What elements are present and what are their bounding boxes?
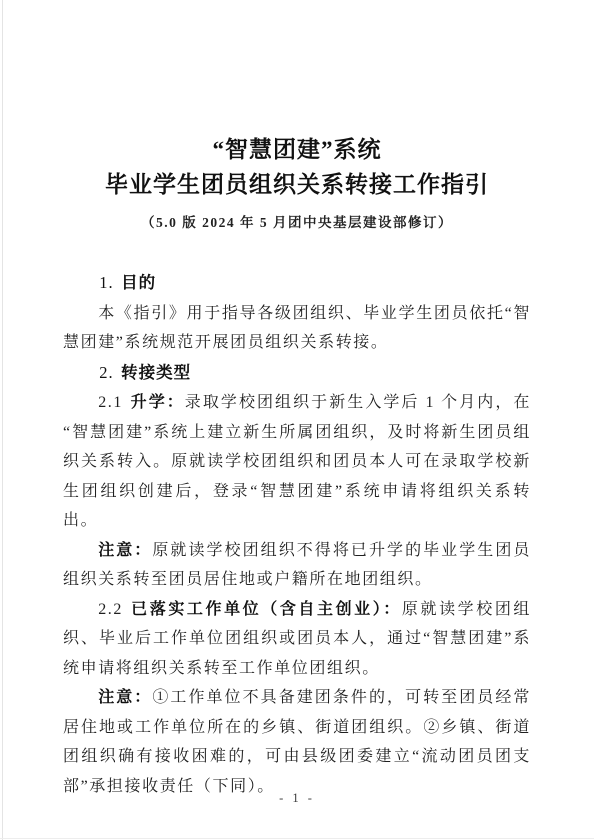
note-label: 注意： (98, 542, 152, 559)
document-body: 1.目的 本《指引》用于指导各级团组织、毕业学生团员依托“智慧团建”系统规范开展… (63, 268, 531, 801)
paragraph-text: 本《指引》用于指导各级团组织、毕业学生团员依托“智慧团建”系统规范开展团员组织关… (63, 305, 531, 352)
version-line: （5.0 版 2024 年 5 月团中央基层建设部修订） (63, 212, 531, 233)
clause-number: 2.2 (98, 601, 123, 618)
paragraph-text: 录取学校团组织于新生入学后 1 个月内，在“智慧团建”系统上建立新生所属团组织，… (63, 394, 531, 529)
paragraph-2-1-enrollment: 2.1升学：录取学校团组织于新生入学后 1 个月内，在“智慧团建”系统上建立新生… (63, 388, 531, 536)
paragraph-note-1: 注意：原就读学校团组织不得将已升学的毕业学生团员组织关系转至团员居住地或户籍所在… (63, 536, 531, 595)
document-title-line-2: 毕业学生团员组织关系转接工作指引 (63, 167, 531, 202)
section-label: 目的 (121, 274, 156, 292)
section-heading-transfer-types: 2.转接类型 (63, 358, 531, 389)
section-heading-purpose: 1.目的 (63, 268, 531, 299)
paragraph-2-2-employment: 2.2已落实工作单位（含自主创业）：原就读学校团组织、毕业后工作单位团组织或团员… (63, 595, 531, 684)
clause-number: 2.1 (98, 394, 123, 411)
paragraph-purpose: 本《指引》用于指导各级团组织、毕业学生团员依托“智慧团建”系统规范开展团员组织关… (63, 299, 531, 358)
document-header: “智慧团建”系统 毕业学生团员组织关系转接工作指引 （5.0 版 2024 年 … (63, 132, 531, 233)
clause-term: 已落实工作单位（含自主创业）： (130, 601, 402, 618)
note-label: 注意： (98, 689, 152, 706)
paragraph-note-2: 注意：①工作单位不具备建团条件的，可转至团员经常居住地或工作单位所在的乡镇、街道… (63, 683, 531, 801)
section-label: 转接类型 (121, 364, 191, 382)
section-number: 1. (99, 273, 113, 292)
document-title-line-1: “智慧团建”系统 (63, 132, 531, 167)
clause-term: 升学： (130, 394, 185, 411)
page-number: - 1 - (0, 791, 594, 806)
section-number: 2. (99, 363, 113, 382)
document-page: “智慧团建”系统 毕业学生团员组织关系转接工作指引 （5.0 版 2024 年 … (0, 0, 594, 840)
